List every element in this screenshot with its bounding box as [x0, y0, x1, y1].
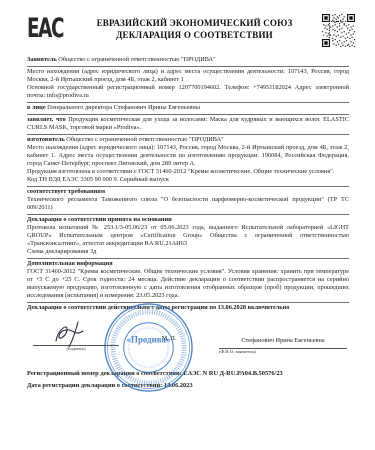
- applicant-label: Заявитель: [27, 56, 57, 63]
- technical-regulation: Технического регламента Таможенного союз…: [27, 196, 349, 212]
- registration-number-line: Регистрационный номер декларации о соотв…: [27, 368, 348, 380]
- test-report: Протокола испытаний № 253.1/3-05.06/23 о…: [27, 224, 349, 248]
- applicant-line: Заявитель Общество с ограниченной ответс…: [27, 56, 349, 64]
- signee-name-line: Стефанович Ирина Евгеньевна: [219, 321, 347, 349]
- signature-cell: (подпись): [33, 321, 119, 355]
- document-title-line2: ДЕКЛАРАЦИЯ О СООТВЕТСТВИИ: [67, 29, 322, 41]
- represented-by-value: Генерального директора Стефанович Ирины …: [47, 104, 200, 111]
- declaration-scheme: Схема декларирования 3д: [27, 248, 349, 256]
- handwritten-signature-icon: [47, 320, 105, 348]
- product-description: Продукция косметическая для ухода за вол…: [27, 116, 349, 131]
- signee-cell: Стефанович Ирина Евгеньевна (Ф.И.О. заяв…: [219, 321, 347, 355]
- signee-caption: (Ф.И.О. заявителя): [219, 349, 347, 355]
- document-title-line1: ЕВРАЗИЙСКИЙ ЭКОНОМИЧЕСКИЙ СОЮЗ: [67, 17, 322, 29]
- manufacturer-address: Место нахождения (адрес юридического лиц…: [27, 144, 349, 168]
- document-header: EAC ЕВРАЗИЙСКИЙ ЭКОНОМИЧЕСКИЙ СОЮЗ ДЕКЛА…: [0, 0, 375, 49]
- manufacturer-value: Общество с ограниченной ответственностью…: [66, 136, 223, 143]
- registration-footer: Регистрационный номер декларации о соотв…: [0, 355, 375, 391]
- manufacturer-line: изготовитель Общество с ограниченной отв…: [27, 136, 349, 144]
- conformity-heading: соответствует требованиям: [27, 188, 349, 196]
- validity-statement: Декларация о соответствии действительна …: [27, 304, 349, 312]
- declaration-document: EAC ЕВРАЗИЙСКИЙ ЭКОНОМИЧЕСКИЙ СОЮЗ ДЕКЛА…: [0, 0, 375, 450]
- declares-line: заявляет, что Продукция косметическая дл…: [27, 116, 349, 132]
- qr-code-icon: [322, 14, 355, 47]
- document-title: ЕВРАЗИЙСКИЙ ЭКОНОМИЧЕСКИЙ СОЮЗ ДЕКЛАРАЦИ…: [67, 13, 322, 41]
- applicant-value: Общество с ограниченной ответственностью…: [58, 56, 215, 63]
- additional-info-heading: Дополнительная информация: [27, 260, 349, 268]
- additional-info-text: ГОСТ 31460-2012 "Кремы косметические. Об…: [27, 268, 349, 300]
- signature-line: [33, 321, 119, 346]
- divider: [27, 66, 349, 67]
- divider: [27, 134, 349, 135]
- signature-block: (подпись) М. П. Стефанович Ирина Евгенье…: [27, 321, 349, 355]
- document-body: Заявитель Общество с ограниченной ответс…: [0, 49, 375, 355]
- represented-by-label: в лице: [27, 104, 46, 111]
- divider: [27, 114, 349, 115]
- divider: [27, 186, 349, 187]
- applicant-ogrn-contacts: Основной государственный регистрационный…: [27, 84, 349, 100]
- applicant-address: Место нахождения (адрес юридического лиц…: [27, 68, 349, 84]
- divider: [27, 102, 349, 103]
- declares-label: заявляет, что: [27, 116, 66, 123]
- basis-heading: Декларация о соответствии принята на осн…: [27, 216, 349, 224]
- manufacturer-label: изготовитель: [27, 136, 65, 143]
- tnved-code-line: Код ТН ВЭД ЕАЭС 3305 90 000 9. Серийный …: [27, 176, 349, 184]
- eac-mark-logo: EAC: [27, 13, 54, 45]
- divider: [27, 302, 349, 303]
- production-standard: Продукция изготовлена в соответствии с Г…: [27, 168, 349, 176]
- divider: [27, 214, 349, 215]
- divider: [27, 258, 349, 259]
- signee-name: Стефанович Ирина Евгеньевна: [241, 337, 324, 345]
- represented-by-line: в лице Генерального директора Стефанович…: [27, 104, 349, 112]
- registration-date-line: Дата регистрации декларации о соответств…: [27, 380, 348, 392]
- seal-place-label: М. П.: [119, 321, 219, 355]
